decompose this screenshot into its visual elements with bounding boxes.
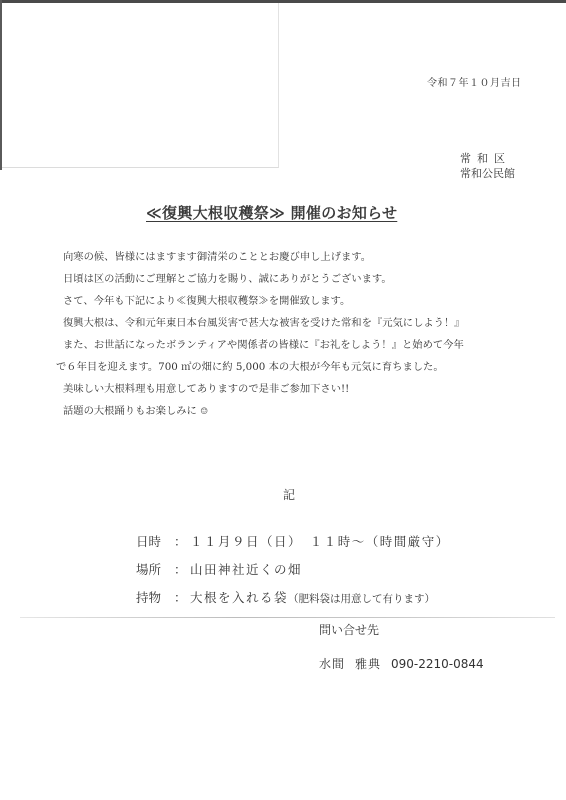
event-details: 日時：１１月９日（日） １１時～（時間厳守） 場所：山田神社近くの畑 持物：大根… [136, 532, 450, 616]
detail-value: 大根を入れる袋 [190, 590, 288, 605]
body-paragraph: 美味しい大根料理も用意してありますので是非ご参加下さい!! [63, 378, 533, 400]
issuer-hall: 常和公民館 [460, 166, 515, 181]
detail-note: （肥料袋は用意して有ります） [288, 593, 435, 605]
detail-separator: ： [174, 588, 190, 608]
body-paragraph-last: 話題の大根踊りもお楽しみに ☺ [63, 400, 533, 423]
contact-given-name: 雅典 [355, 657, 381, 671]
scan-overlay-paper [2, 3, 279, 168]
detail-label: 場所 [136, 560, 174, 580]
body-paragraph: さて、今年も下記により≪復興大根収穫祭≫を開催致します。 [63, 290, 533, 312]
detail-value: １１月９日（日） １１時～（時間厳守） [190, 534, 450, 549]
detail-label: 日時 [136, 532, 174, 552]
detail-separator: ： [174, 532, 190, 552]
detail-value: 山田神社近くの畑 [190, 562, 302, 577]
contact-line: 水間雅典090-2210-0844 [319, 654, 484, 674]
detail-separator: ： [174, 560, 190, 580]
body-paragraph: で６年目を迎えます。700 ㎡の畑に約 5,000 本の大根が今年も元気に育ちま… [56, 356, 533, 378]
issuer-block: 常和区 常和公民館 [460, 151, 515, 181]
body-paragraph: また、お世話になったボランティアや関係者の皆様に『お礼をしよう！』と始めて今年 [63, 334, 533, 356]
detail-label: 持物 [136, 588, 174, 608]
divider [20, 617, 555, 618]
detail-row-items: 持物：大根を入れる袋（肥料袋は用意して有ります） [136, 588, 450, 616]
ki-heading: 記 [283, 486, 295, 503]
detail-row-datetime: 日時：１１月９日（日） １１時～（時間厳守） [136, 532, 450, 560]
page-title: ≪復興大根収穫祭≫ 開催のお知らせ [146, 202, 436, 223]
body-paragraph: 向寒の候、皆様にはますます御清栄のこととお慶び申し上げます。 [63, 246, 533, 268]
body-paragraph: 復興大根は、令和元年東日本台風災害で甚大な被害を受けた常和を『元気にしよう！』 [63, 312, 533, 334]
body-paragraph: 日頃は区の活動にご理解とご協力を賜り、誠にありがとうございます。 [63, 268, 533, 290]
issuer-district: 常和区 [460, 151, 515, 166]
contact-block: 問い合せ先 水間雅典090-2210-0844 [319, 620, 484, 674]
contact-heading: 問い合せ先 [319, 620, 484, 640]
smile-icon: ☺ [200, 407, 208, 417]
detail-row-place: 場所：山田神社近くの畑 [136, 560, 450, 588]
body-text: 向寒の候、皆様にはますます御清栄のこととお慶び申し上げます。 日頃は区の活動にご… [63, 246, 533, 423]
body-paragraph-text: 話題の大根踊りもお楽しみに [63, 405, 197, 417]
contact-phone: 090-2210-0844 [391, 657, 484, 671]
document-date: 令和７年１０月吉日 [427, 74, 522, 89]
contact-surname: 水間 [319, 657, 345, 671]
